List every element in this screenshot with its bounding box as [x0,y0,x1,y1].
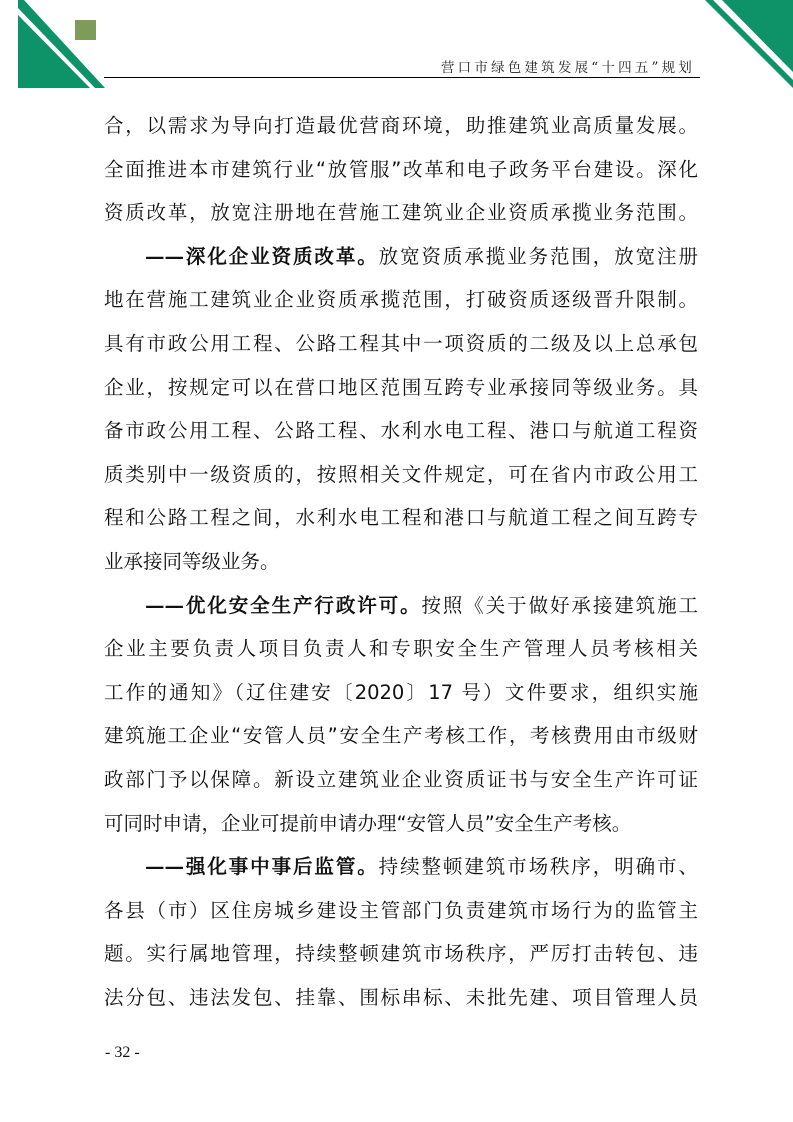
text-line: 建筑施工企业“安管人员”安全生产考核工作，考核费用由市级财 [104,714,698,758]
green-square-icon [75,20,96,40]
text-line: ——优化安全生产行政许可。按照《关于做好承接建筑施工 [104,584,698,628]
header-divider [104,77,700,78]
text-line: 法分包、违法发包、挂靠、围标串标、未批先建、项目管理人员 [104,976,698,1020]
text-line: 全面推进本市建筑行业“放管服”改革和电子政务平台建设。深化 [104,148,698,192]
text-line: 地在营施工建筑业企业资质承揽范围，打破资质逐级晋升限制。 [104,278,698,322]
text-line: 企业，按规定可以在营口地区范围互跨专业承接同等级业务。具 [104,366,698,410]
text-line: 资质改革，放宽注册地在营施工建筑业企业资质承揽业务范围。 [104,191,698,235]
paragraph-continuation: 合，以需求为导向打造最优营商环境，助推建筑业高质量发展。 全面推进本市建筑行业“… [104,104,698,235]
page-number: - 32 - [105,1044,140,1062]
corner-triangle-top-right-icon [700,0,793,92]
paragraph-qualification-reform: ——深化企业资质改革。放宽资质承揽业务范围，放宽注册 地在营施工建筑业企业资质承… [104,235,698,584]
text-line: 合，以需求为导向打造最优营商环境，助推建筑业高质量发展。 [104,104,698,148]
running-header-title: 营口市绿色建筑发展“十四五”规划 [441,56,695,76]
text-line: 备市政公用工程、公路工程、水利水电工程、港口与航道工程资 [104,409,698,453]
text-line: ——强化事中事后监管。持续整顿建筑市场秩序，明确市、 [104,845,698,889]
text-line: 可同时申请，企业可提前申请办理“安管人员”安全生产考核。 [104,802,698,846]
text-line: ——深化企业资质改革。放宽资质承揽业务范围，放宽注册 [104,235,698,279]
text-line: 工作的通知》（辽住建安〔2020〕17 号）文件要求，组织实施 [104,671,698,715]
section-lead-heading: ——优化安全生产行政许可。 [145,594,422,617]
text-line: 政部门予以保障。新设立建筑业企业资质证书与安全生产许可证 [104,758,698,802]
text-line: 业承接同等级业务。 [104,540,698,584]
text-line: 程和公路工程之间，水利水电工程和港口与航道工程之间互跨专 [104,496,698,540]
paragraph-supervision: ——强化事中事后监管。持续整顿建筑市场秩序，明确市、 各县（市）区住房城乡建设主… [104,845,698,1019]
corner-triangle-top-left-icon [0,0,110,92]
section-lead-heading: ——深化企业资质改革。 [145,245,379,268]
text-line: 题。实行属地管理，持续整顿建筑市场秩序，严厉打击转包、违 [104,932,698,976]
text-run: 持续整顿建筑市场秩序，明确市、 [379,855,698,878]
paragraph-safety-permit: ——优化安全生产行政许可。按照《关于做好承接建筑施工 企业主要负责人项目负责人和… [104,584,698,846]
text-line: 企业主要负责人项目负责人和专职安全生产管理人员考核相关 [104,627,698,671]
text-line: 质类别中一级资质的，按照相关文件规定，可在省内市政公用工 [104,453,698,497]
text-run: 放宽资质承揽业务范围，放宽注册 [379,245,698,268]
text-line: 具有市政公用工程、公路工程其中一项资质的二级及以上总承包 [104,322,698,366]
section-lead-heading: ——强化事中事后监管。 [145,855,379,878]
text-run: 按照《关于做好承接建筑施工 [422,594,699,617]
document-body: 合，以需求为导向打造最优营商环境，助推建筑业高质量发展。 全面推进本市建筑行业“… [104,104,698,1019]
text-line: 各县（市）区住房城乡建设主管部门负责建筑市场行为的监管主 [104,889,698,933]
